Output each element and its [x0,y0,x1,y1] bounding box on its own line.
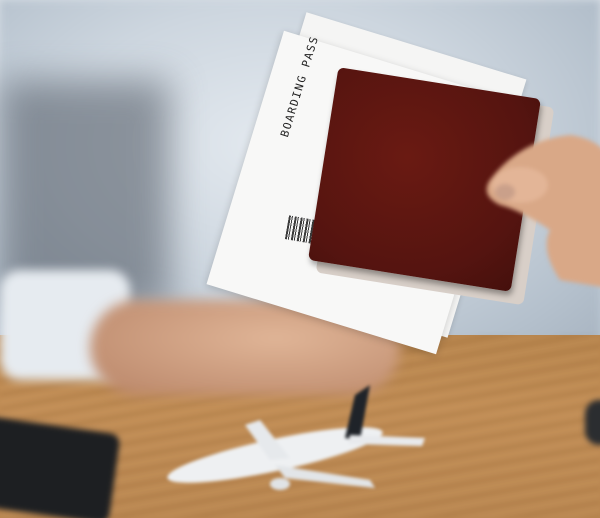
model-airplane [160,380,440,510]
right-hand [480,120,600,290]
mouse [585,400,600,445]
photo-scene: BOARDING PASS [0,0,600,518]
keyboard [0,416,121,518]
